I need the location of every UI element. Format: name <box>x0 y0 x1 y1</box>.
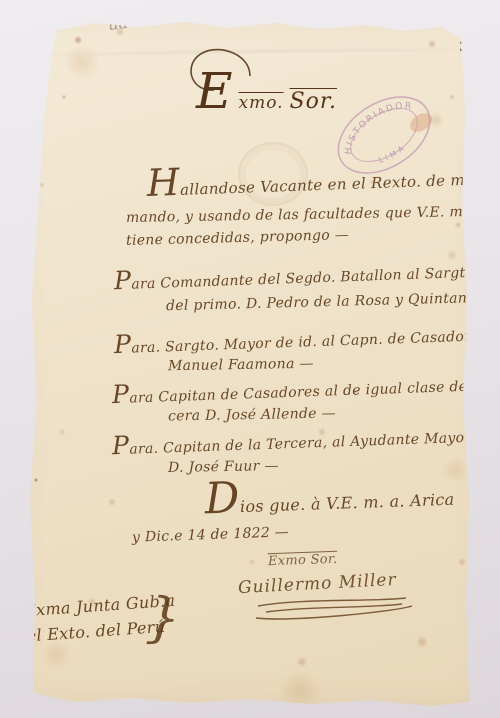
valediction-line-1: Dios gue. à V.E. m. a. Arica <box>205 490 455 518</box>
letter-line-opening-2: mando, y usando de las facultades que V.… <box>126 204 472 226</box>
proposal-3-line-2: cera D. José Allende — <box>168 406 336 425</box>
svg-text:LIMA: LIMA <box>376 140 409 167</box>
proposal-2-line-2: Manuel Faamona — <box>168 356 314 375</box>
pencil-annotation: ua <box>107 13 129 34</box>
valediction-line-2: y Dic.e 14 de 1822 — <box>132 524 290 545</box>
proposal-1-line-1: Para Comandante del Segdo. Batallon al S… <box>114 263 500 294</box>
signature-flourish <box>252 596 420 626</box>
proposal-1-line-2: del primo. D. Pedro de la Rosa y Quintan… <box>166 290 495 315</box>
salutation-abbrev: xmo. <box>239 93 284 113</box>
stamp-text-bottom: LIMA <box>376 140 409 167</box>
salutation-senor: Sor. <box>290 89 337 114</box>
closing-salute: Exmo Sor. <box>268 552 338 569</box>
proposal-4-line-1: Para. Capitan de la Tercera, al Ayudante… <box>112 430 472 459</box>
stamp-red-smudge <box>407 109 436 135</box>
page-number: 3 <box>459 40 467 55</box>
photo-background: ua 3 HISTORIADOR LIMA E xmo. So <box>0 0 500 718</box>
proposal-3-line-1: Para Capitan de Casadores al de igual cl… <box>112 377 500 407</box>
addressee-brace: } <box>144 585 182 650</box>
salutation-initial: E <box>196 66 233 116</box>
signature: Guillermo Miller <box>238 570 398 598</box>
manuscript-page: ua 3 HISTORIADOR LIMA E xmo. So <box>0 0 500 718</box>
proposal-2-line-1: Para. Sargto. Mayor de id. al Capn. de C… <box>114 327 500 357</box>
salutation: E xmo. Sor. <box>196 66 337 116</box>
letter-line-opening-3: tiene concedidas, propongo — <box>126 227 349 249</box>
addressee-line-2: del Exto. del Perú <box>16 617 166 646</box>
paper-crease <box>45 47 460 59</box>
letter-line-opening-1: Hallandose Vacante en el Rexto. de mi — <box>147 170 491 200</box>
